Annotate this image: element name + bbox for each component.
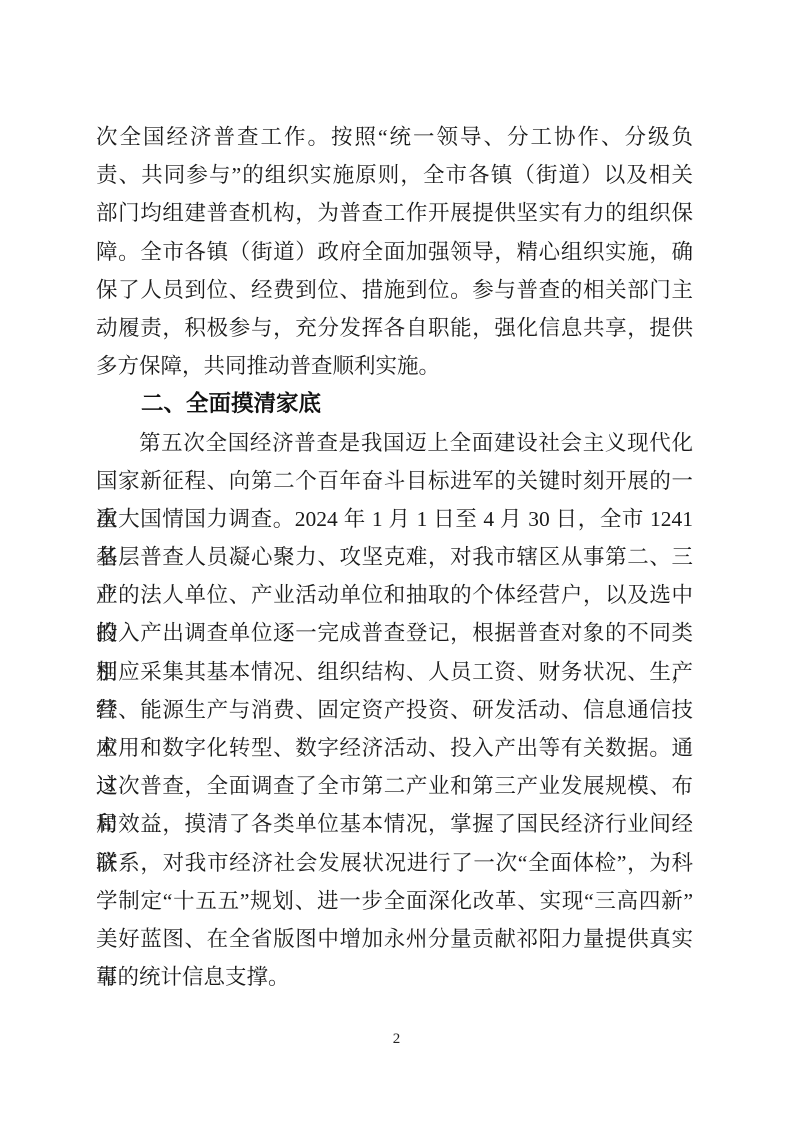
body-line: 靠的统计信息支撑。 <box>96 958 693 996</box>
body-line: 应用和数字化转型、数字经济活动、投入产出等有关数据。通过 <box>96 729 693 767</box>
body-line: 部门均组建普查机构，为普查工作开展提供坚实有力的组织保 <box>96 194 693 232</box>
body-line: 次全国经济普查工作。按照“统一领导、分工协作、分级负 <box>96 118 693 156</box>
section-heading: 二、全面摸清家底 <box>96 385 693 423</box>
body-line: 相应采集其基本情况、组织结构、人员工资、财务状况、生产经 <box>96 653 693 691</box>
body-line: 和效益，摸清了各类单位基本情况，掌握了国民经济行业间经济 <box>96 805 693 843</box>
body-line: 学制定“十五五”规划、进一步全面深化改革、实现“三高四新” <box>96 882 693 920</box>
paragraph: 第五次全国经济普查是我国迈上全面建设社会主义现代化 国家新征程、向第二个百年奋斗… <box>96 424 693 997</box>
body-text: 次全国经济普查工作。按照“统一领导、分工协作、分级负 责、共同参与”的组织实施原… <box>96 118 693 996</box>
body-line: 重大国情国力调查。2024 年 1 月 1 日至 4 月 30 日，全市 124… <box>96 500 693 538</box>
body-line: 联系，对我市经济社会发展状况进行了一次“全面体检”，为科 <box>96 844 693 882</box>
body-line: 营、能源生产与消费、固定资产投资、研发活动、信息通信技术 <box>96 691 693 729</box>
body-line: 业的法人单位、产业活动单位和抽取的个体经营户，以及选中的 <box>96 576 693 614</box>
body-line: 这次普查，全面调查了全市第二产业和第三产业发展规模、布局 <box>96 767 693 805</box>
body-line: 保了人员到位、经费到位、措施到位。参与普查的相关部门主 <box>96 271 693 309</box>
body-line: 多方保障，共同推动普查顺利实施。 <box>96 347 693 385</box>
body-line: 美好蓝图、在全省版图中增加永州分量贡献祁阳力量提供真实可 <box>96 920 693 958</box>
body-line: 投入产出调查单位逐一完成普查登记，根据普查对象的不同类别， <box>96 614 693 652</box>
body-line: 责、共同参与”的组织实施原则，全市各镇（街道）以及相关 <box>96 156 693 194</box>
document-page: 次全国经济普查工作。按照“统一领导、分工协作、分级负 责、共同参与”的组织实施原… <box>0 0 793 1122</box>
body-line: 第五次全国经济普查是我国迈上全面建设社会主义现代化 <box>96 424 693 462</box>
paragraph-continuation: 次全国经济普查工作。按照“统一领导、分工协作、分级负 责、共同参与”的组织实施原… <box>96 118 693 385</box>
body-line: 国家新征程、向第二个百年奋斗目标进军的关键时刻开展的一次 <box>96 462 693 500</box>
body-line: 障。全市各镇（街道）政府全面加强领导，精心组织实施，确 <box>96 233 693 271</box>
page-number: 2 <box>0 1028 793 1050</box>
body-line: 基层普查人员凝心聚力、攻坚克难，对我市辖区从事第二、三产 <box>96 538 693 576</box>
body-line: 动履责，积极参与，充分发挥各自职能，强化信息共享，提供 <box>96 309 693 347</box>
